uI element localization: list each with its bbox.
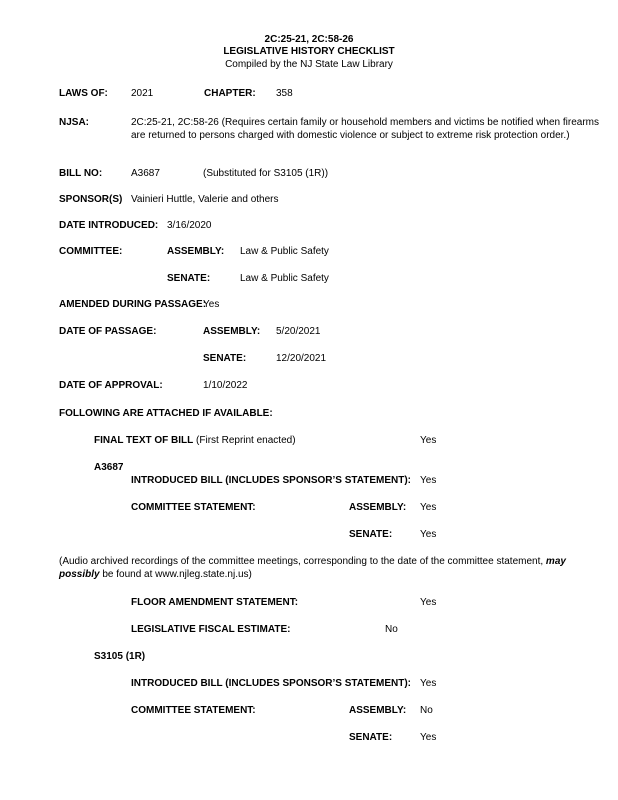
- sponsors-value: Vainieri Huttle, Valerie and others: [131, 193, 279, 206]
- a-introduced-value: Yes: [420, 474, 436, 487]
- a-committee-senate-value: Yes: [420, 528, 436, 541]
- a-committee-assembly-label: ASSEMBLY:: [349, 501, 406, 514]
- date-introduced-value: 3/16/2020: [167, 219, 212, 232]
- bill-no-label: BILL NO:: [59, 167, 102, 180]
- amended-value: Yes: [203, 298, 219, 311]
- document-title: LEGISLATIVE HISTORY CHECKLIST: [0, 46, 618, 58]
- passage-senate-label: SENATE:: [203, 352, 246, 365]
- s-committee-label: COMMITTEE STATEMENT:: [131, 704, 256, 717]
- date-of-passage-label: DATE OF PASSAGE:: [59, 325, 156, 338]
- a-committee-assembly-value: Yes: [420, 501, 436, 514]
- passage-assembly-label: ASSEMBLY:: [203, 325, 260, 338]
- sponsors-label: SPONSOR(S): [59, 193, 122, 206]
- audio-note: (Audio archived recordings of the commit…: [59, 555, 599, 581]
- s-committee-senate-label: SENATE:: [349, 731, 392, 744]
- laws-of-value: 2021: [131, 87, 153, 100]
- final-text-value: Yes: [420, 434, 436, 447]
- passage-senate-value: 12/20/2021: [276, 352, 326, 365]
- s-introduced-value: Yes: [420, 677, 436, 690]
- chapter-value: 358: [276, 87, 293, 100]
- committee-label: COMMITTEE:: [59, 245, 122, 258]
- date-of-approval-value: 1/10/2022: [203, 379, 248, 392]
- final-text-row: FINAL TEXT OF BILL (First Reprint enacte…: [94, 434, 296, 447]
- chapter-label: CHAPTER:: [204, 87, 256, 100]
- laws-of-label: LAWS OF:: [59, 87, 108, 100]
- final-text-label: FINAL TEXT OF BILL: [94, 435, 193, 446]
- s-bill-number: S3105 (1R): [94, 650, 145, 663]
- committee-senate-value: Law & Public Safety: [240, 272, 329, 285]
- audio-note-text: (Audio archived recordings of the commit…: [59, 556, 546, 567]
- substituted-note: (Substituted for S3105 (1R)): [203, 167, 328, 180]
- fiscal-estimate-value: No: [385, 623, 398, 636]
- floor-amendment-value: Yes: [420, 596, 436, 609]
- s-introduced-label: INTRODUCED BILL (INCLUDES SPONSOR’S STAT…: [131, 677, 411, 690]
- s-committee-assembly-value: No: [420, 704, 433, 717]
- compiled-by: Compiled by the NJ State Law Library: [0, 59, 618, 71]
- fiscal-estimate-label: LEGISLATIVE FISCAL ESTIMATE:: [131, 623, 290, 636]
- committee-assembly-value: Law & Public Safety: [240, 245, 329, 258]
- a-introduced-label: INTRODUCED BILL (INCLUDES SPONSOR’S STAT…: [131, 474, 411, 487]
- passage-assembly-value: 5/20/2021: [276, 325, 321, 338]
- date-of-approval-label: DATE OF APPROVAL:: [59, 379, 163, 392]
- date-introduced-label: DATE INTRODUCED:: [59, 219, 158, 232]
- committee-senate-label: SENATE:: [167, 272, 210, 285]
- a-committee-label: COMMITTEE STATEMENT:: [131, 501, 256, 514]
- audio-note-link-text: be found at www.njleg.state.nj.us): [100, 569, 252, 580]
- bill-no-value: A3687: [131, 167, 160, 180]
- final-text-note: (First Reprint enacted): [196, 435, 295, 446]
- njsa-value: 2C:25-21, 2C:58-26 (Requires certain fam…: [131, 116, 601, 142]
- amended-label: AMENDED DURING PASSAGE:: [59, 298, 206, 311]
- attached-heading: FOLLOWING ARE ATTACHED IF AVAILABLE:: [59, 407, 273, 420]
- floor-amendment-label: FLOOR AMENDMENT STATEMENT:: [131, 596, 298, 609]
- njsa-label: NJSA:: [59, 116, 89, 129]
- committee-assembly-label: ASSEMBLY:: [167, 245, 224, 258]
- s-committee-assembly-label: ASSEMBLY:: [349, 704, 406, 717]
- s-committee-senate-value: Yes: [420, 731, 436, 744]
- statute-heading: 2C:25-21, 2C:58-26: [0, 34, 618, 46]
- a-committee-senate-label: SENATE:: [349, 528, 392, 541]
- a-bill-number: A3687: [94, 461, 123, 474]
